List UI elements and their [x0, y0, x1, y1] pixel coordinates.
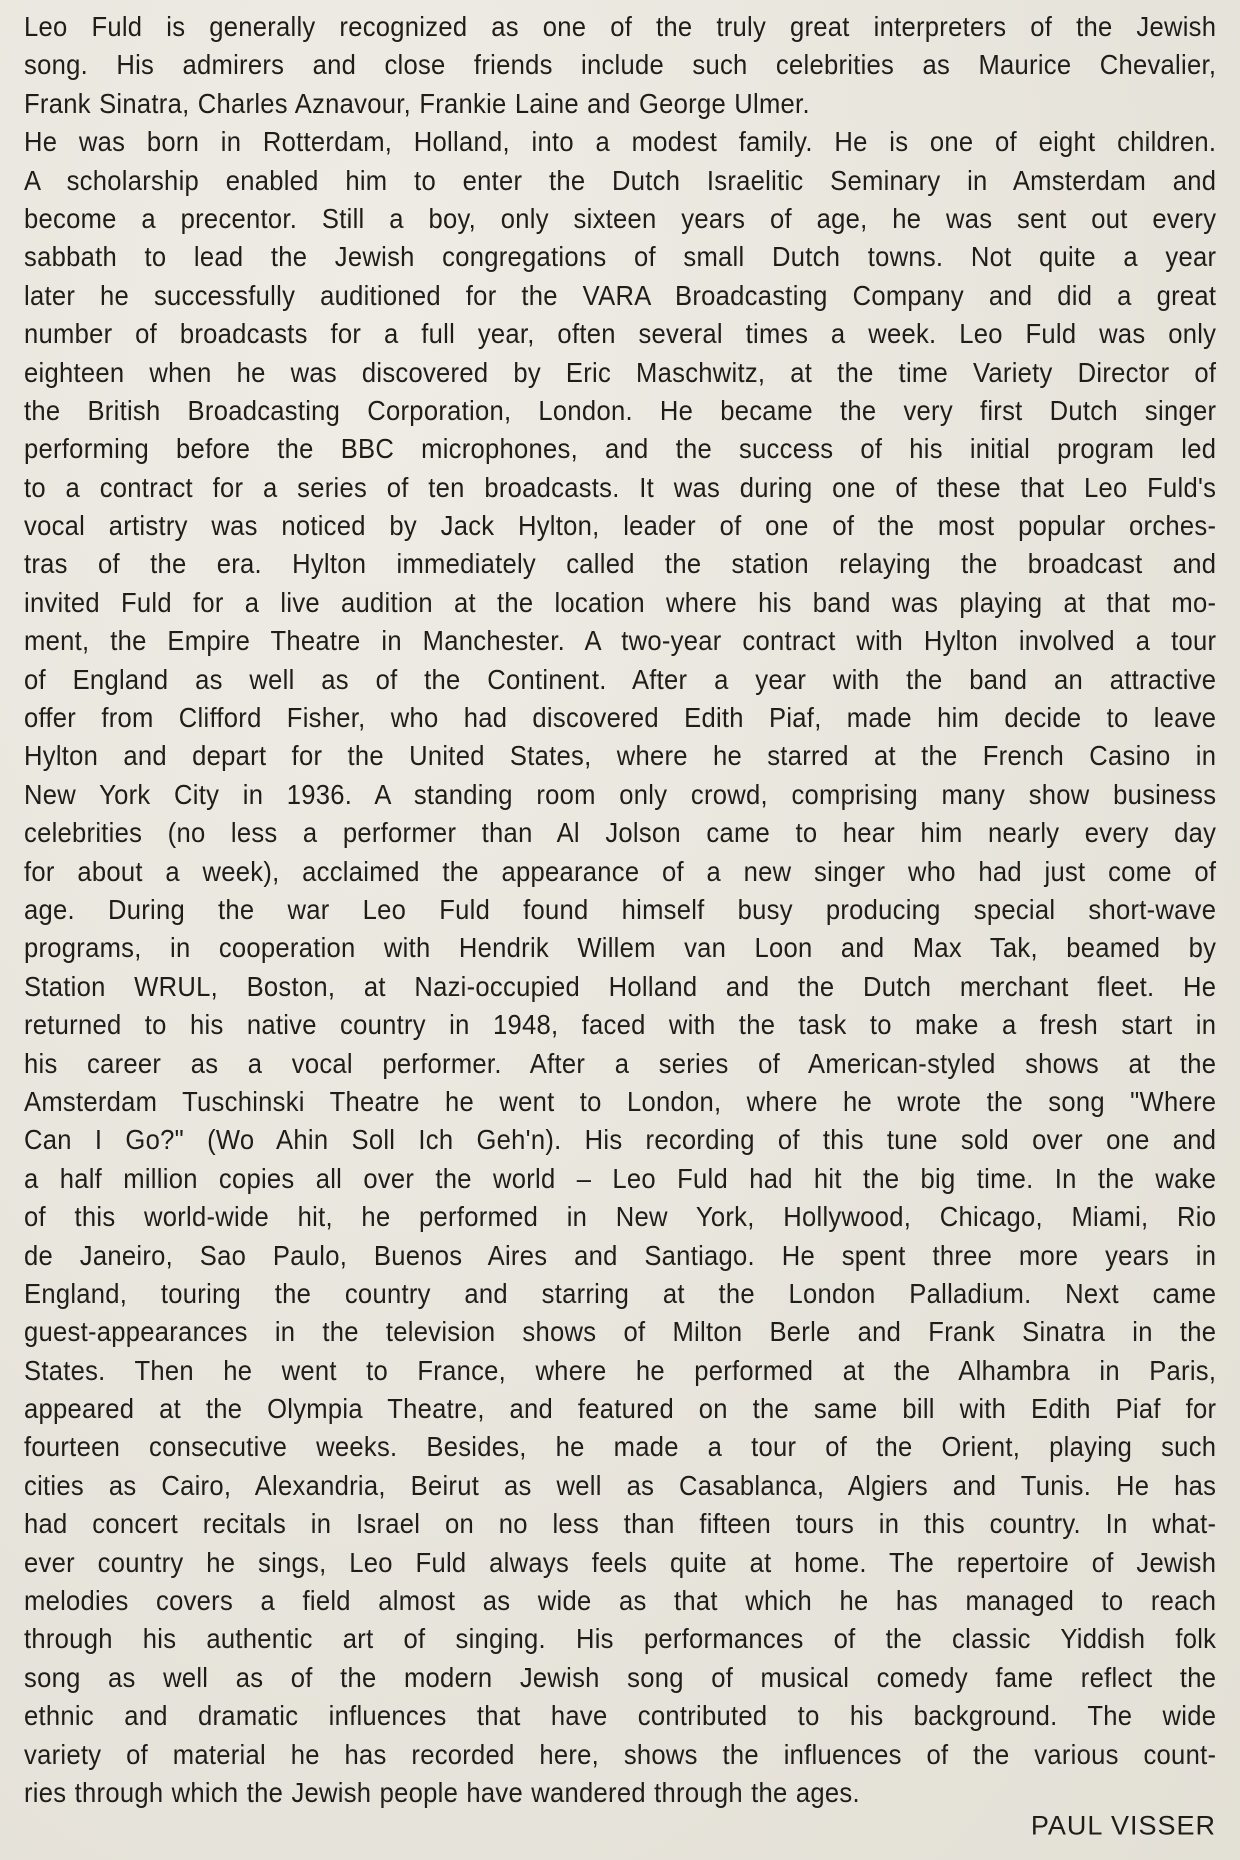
text-line: of England as well as of the Continent. …	[24, 661, 1216, 699]
text-line: Can I Go?" (Wo Ahin Soll Ich Geh'n). His…	[24, 1121, 1216, 1159]
paragraph-intro: Leo Fuld is generally recognized as one …	[24, 8, 1216, 123]
text-line: England, touring the country and starrin…	[24, 1275, 1216, 1313]
text-line: tras of the era. Hylton immediately call…	[24, 545, 1216, 583]
paragraph-biography: He was born in Rotterdam, Holland, into …	[24, 123, 1216, 1812]
text-line: through his authentic art of singing. Hi…	[24, 1620, 1216, 1658]
text-line: celebrities (no less a performer than Al…	[24, 814, 1216, 852]
text-line: number of broadcasts for a full year, of…	[24, 315, 1216, 353]
text-line: Station WRUL, Boston, at Nazi-occupied H…	[24, 968, 1216, 1006]
text-line: performing before the BBC microphones, a…	[24, 430, 1216, 468]
text-line: A scholarship enabled him to enter the D…	[24, 162, 1216, 200]
text-line: later he successfully auditioned for the…	[24, 277, 1216, 315]
text-line: for about a week), acclaimed the appeara…	[24, 853, 1216, 891]
text-line: fourteen consecutive weeks. Besides, he …	[24, 1428, 1216, 1466]
text-line: melodies covers a field almost as wide a…	[24, 1582, 1216, 1620]
text-line: had concert recitals in Israel on no les…	[24, 1505, 1216, 1543]
text-line: song as well as of the modern Jewish son…	[24, 1659, 1216, 1697]
text-line: ment, the Empire Theatre in Manchester. …	[24, 622, 1216, 660]
text-line: Hylton and depart for the United States,…	[24, 737, 1216, 775]
text-line: cities as Cairo, Alexandria, Beirut as w…	[24, 1467, 1216, 1505]
text-line: ethnic and dramatic influences that have…	[24, 1697, 1216, 1735]
text-line: de Janeiro, Sao Paulo, Buenos Aires and …	[24, 1237, 1216, 1275]
text-line: vocal artistry was noticed by Jack Hylto…	[24, 507, 1216, 545]
text-line: variety of material he has recorded here…	[24, 1736, 1216, 1774]
text-line: the British Broadcasting Corporation, Lo…	[24, 392, 1216, 430]
text-line: his career as a vocal performer. After a…	[24, 1045, 1216, 1083]
text-line: invited Fuld for a live audition at the …	[24, 584, 1216, 622]
text-line: eighteen when he was discovered by Eric …	[24, 354, 1216, 392]
author-signature: PAUL VISSER	[1031, 1811, 1216, 1842]
text-line: a half million copies all over the world…	[24, 1160, 1216, 1198]
text-line: ever country he sings, Leo Fuld always f…	[24, 1544, 1216, 1582]
text-line: Leo Fuld is generally recognized as one …	[24, 8, 1216, 46]
text-line: Amsterdam Tuschinski Theatre he went to …	[24, 1083, 1216, 1121]
liner-notes-body: Leo Fuld is generally recognized as one …	[24, 8, 1216, 1812]
text-line: guest-appearances in the television show…	[24, 1313, 1216, 1351]
text-line: become a precentor. Still a boy, only si…	[24, 200, 1216, 238]
text-line: returned to his native country in 1948, …	[24, 1006, 1216, 1044]
text-line: of this world-wide hit, he performed in …	[24, 1198, 1216, 1236]
text-line: New York City in 1936. A standing room o…	[24, 776, 1216, 814]
text-line: offer from Clifford Fisher, who had disc…	[24, 699, 1216, 737]
text-line: age. During the war Leo Fuld found himse…	[24, 891, 1216, 929]
text-line: He was born in Rotterdam, Holland, into …	[24, 123, 1216, 161]
text-line: States. Then he went to France, where he…	[24, 1352, 1216, 1390]
text-line: to a contract for a series of ten broadc…	[24, 469, 1216, 507]
text-line: song. His admirers and close friends inc…	[24, 46, 1216, 84]
text-line: programs, in cooperation with Hendrik Wi…	[24, 929, 1216, 967]
text-line: ries through which the Jewish people hav…	[24, 1774, 1216, 1812]
text-line: Frank Sinatra, Charles Aznavour, Frankie…	[24, 85, 1216, 123]
text-line: appeared at the Olympia Theatre, and fea…	[24, 1390, 1216, 1428]
text-line: sabbath to lead the Jewish congregations…	[24, 238, 1216, 276]
